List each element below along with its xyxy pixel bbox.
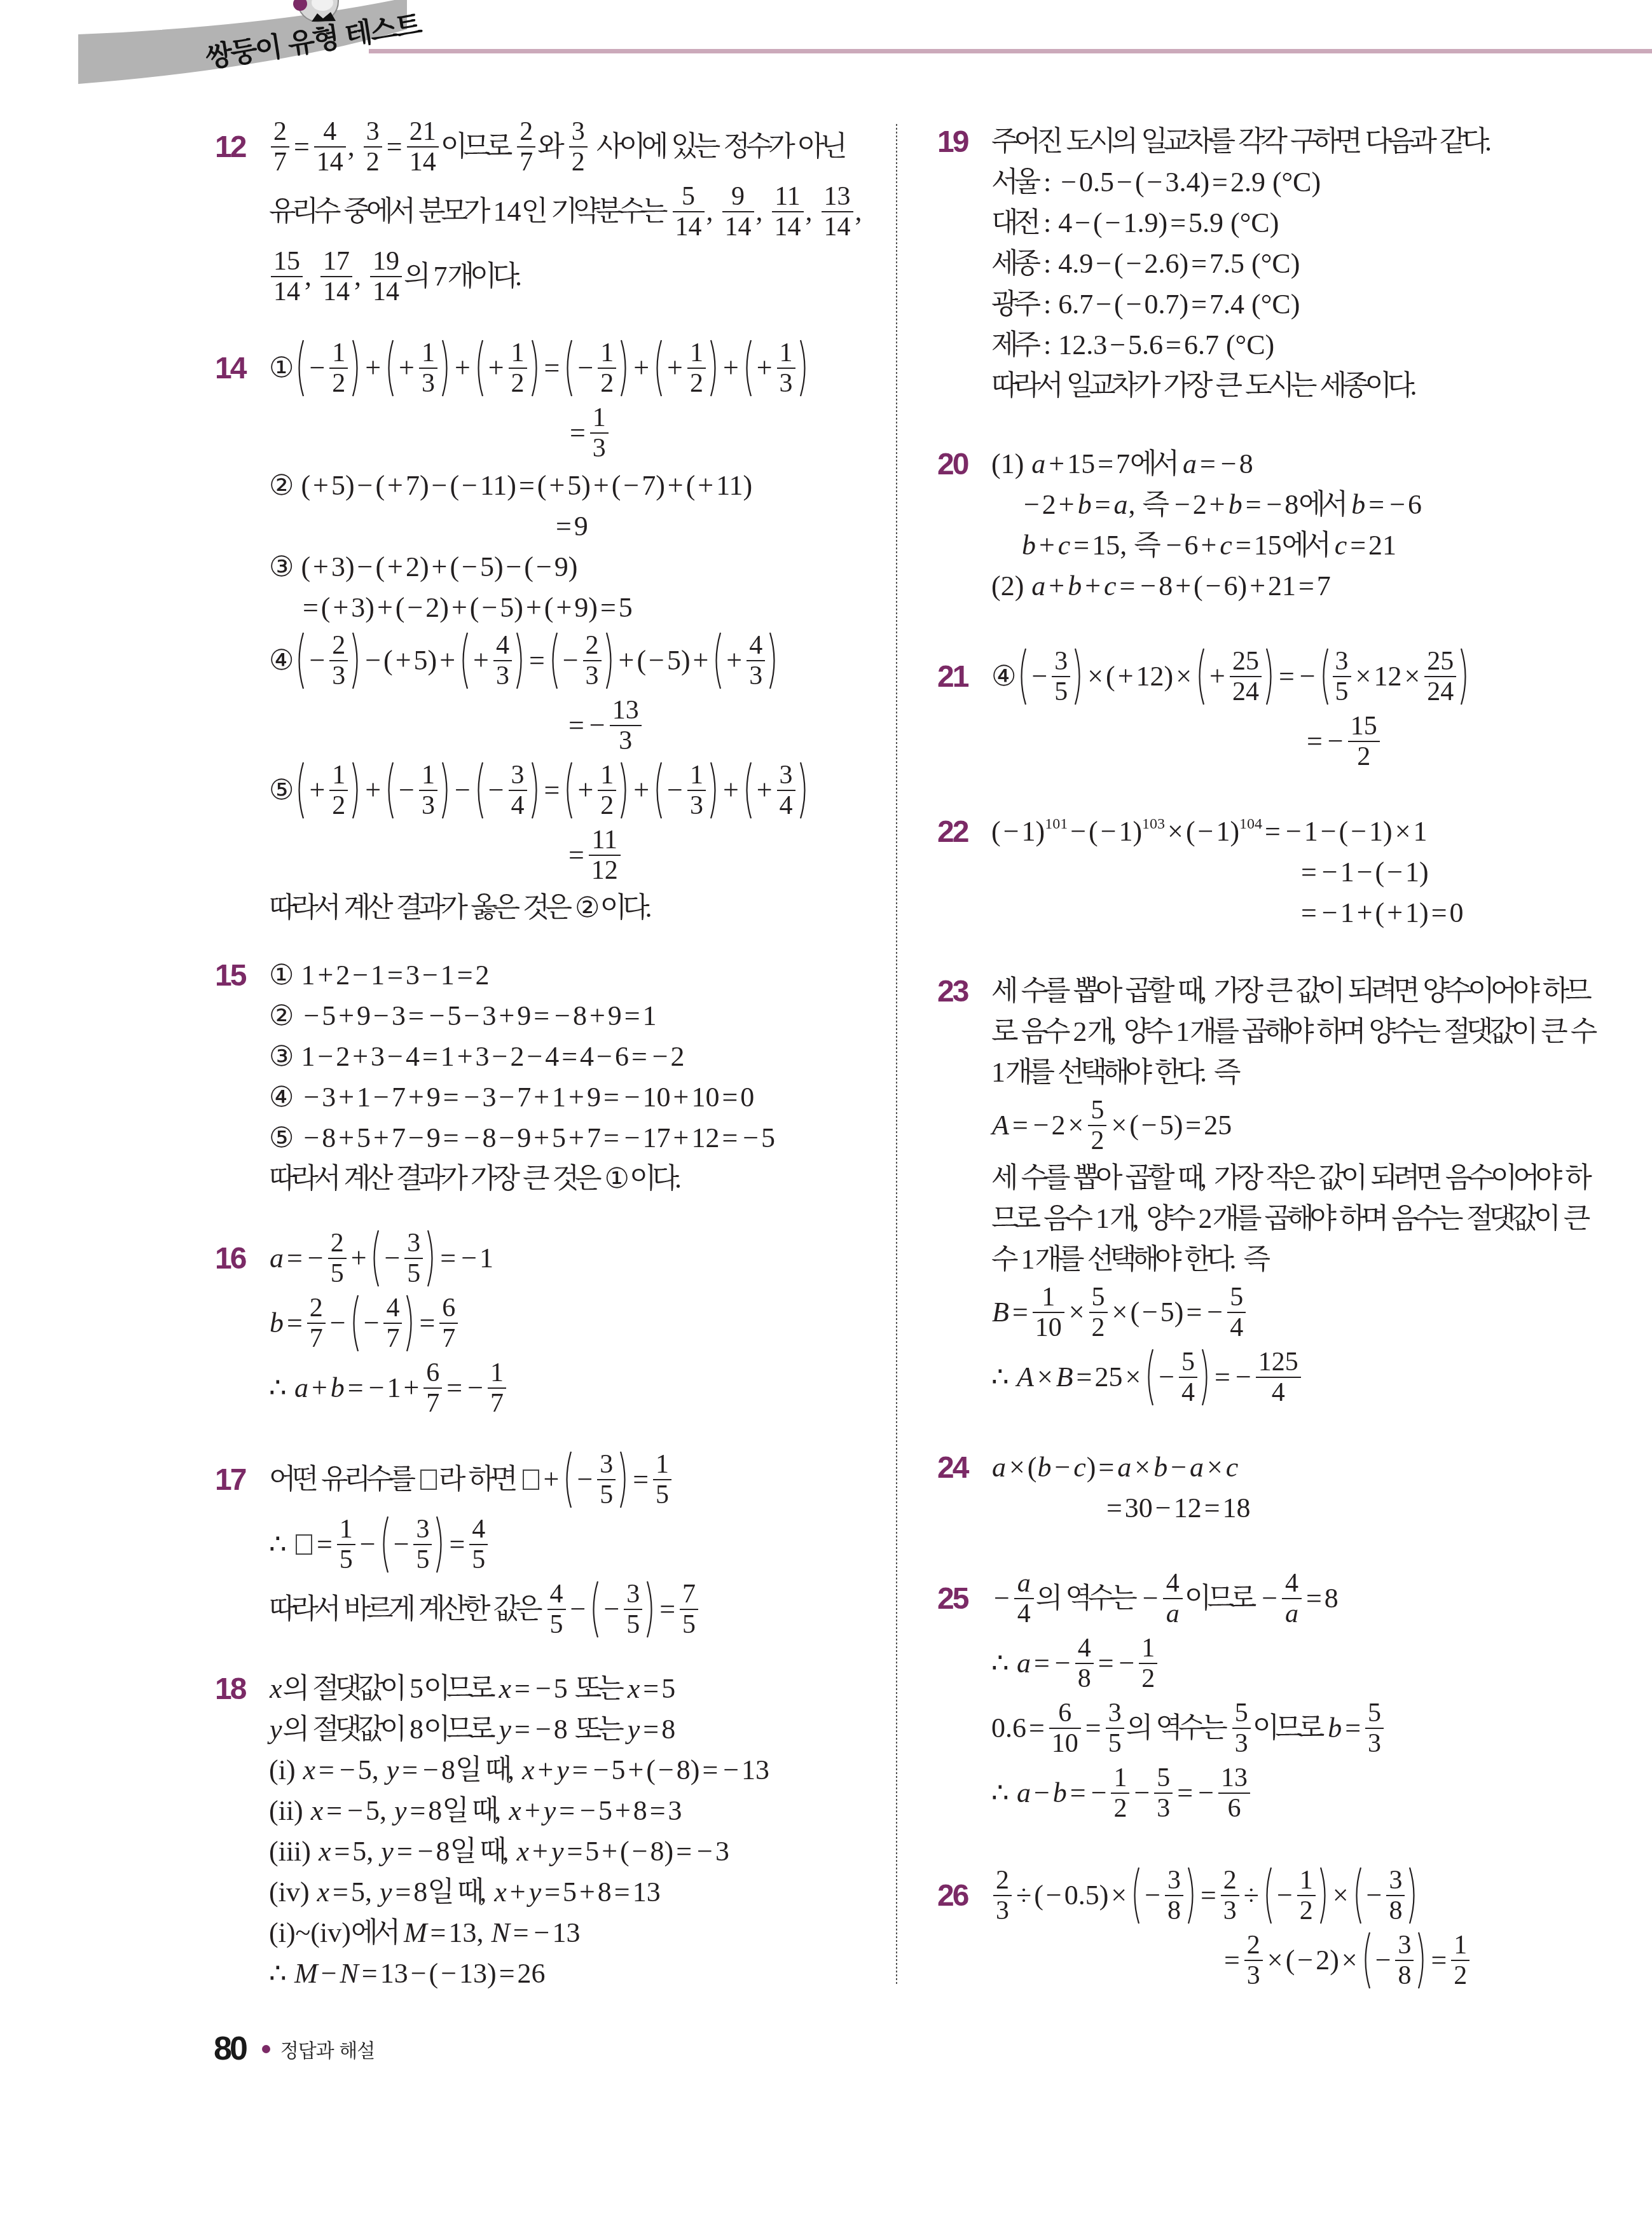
math-text: − (1156, 1363, 1177, 1391)
fraction: 12 (598, 342, 616, 394)
math-text: 세 수를 뽑아 곱할 때, 가장 작은 값이 되려면 음수이어야 하 (991, 1164, 1588, 1192)
math-text: 11 (774, 186, 800, 207)
solution-line: ④−35×(+12)×+2524=−35×12×2524 (991, 644, 1471, 709)
paren-close (350, 761, 362, 820)
math-variable: y (556, 1756, 570, 1784)
fraction-numerator: 3 (1395, 1934, 1414, 1959)
math-text: 1 (1141, 1637, 1155, 1659)
fraction-denominator: 3 (493, 660, 512, 687)
fraction: 12 (1139, 1637, 1157, 1690)
fraction-denominator: 5 (1052, 676, 1070, 703)
math-text: ×(−5)=25 (1108, 1112, 1232, 1139)
math-text: , (706, 198, 720, 226)
math-text: 1 (422, 764, 435, 786)
math-text: 1 (656, 1454, 669, 1475)
math-text: ∴ (269, 1374, 294, 1402)
math-text: 8 (1078, 1668, 1091, 1690)
fraction-denominator: 3 (419, 790, 437, 816)
fraction-denominator: 14 (772, 211, 804, 238)
math-text: 4 (1078, 1637, 1091, 1659)
math-text: − (568, 1595, 589, 1623)
math-variable: B (991, 1298, 1010, 1326)
fraction-denominator: 2 (687, 368, 706, 394)
math-text: 로 음수 2개, 양수 1개를 곱해야 하며 양수는 절댓값이 큰 수 (991, 1018, 1593, 1046)
fraction-numerator: 1 (509, 342, 527, 367)
paren-open (589, 1580, 600, 1639)
paren-open (294, 761, 306, 820)
math-variable: a (1117, 1454, 1132, 1482)
fraction: 1514 (271, 251, 303, 303)
math-text: 3 (332, 665, 345, 687)
math-text: 이므로 − (1185, 1585, 1280, 1613)
math-text: =8 (1304, 1585, 1339, 1613)
fraction-denominator: 2 (364, 146, 382, 173)
fraction-denominator: 5 (328, 1258, 347, 1284)
fraction-denominator: 5 (469, 1544, 488, 1571)
math-text: 3 (619, 730, 632, 752)
fraction-numerator: 25 (1230, 650, 1262, 675)
problem-15: 15① 1+2−1=3−1=2② −5+9−3=−5−3+9=−8+9=1③ 1… (215, 955, 889, 1199)
solution-line: y의 절댓값이 8이므로 y=−8 또는 y=8 (269, 1709, 769, 1750)
math-text: 24 (1232, 681, 1259, 703)
fraction-numerator: 7 (680, 1583, 698, 1608)
answer-page: 쌍둥이 유형 테스트 1227=414, 32=2114이므로 27와 32 사… (0, 0, 1652, 2230)
math-variable: c (1073, 1454, 1087, 1482)
math-variable: b (1052, 1779, 1068, 1807)
math-text: ① (269, 354, 294, 382)
solution-line: 제주 : 12.3−5.6=6.7 (°C) (991, 325, 1492, 366)
fraction-denominator: 8 (1075, 1663, 1094, 1690)
fraction: 914 (722, 186, 754, 238)
solution-line: x의 절댓값이 5이므로 x=−5 또는 x=5 (269, 1669, 769, 1709)
math-text: + (396, 354, 417, 382)
fraction: 32 (364, 121, 382, 173)
math-text: 14 (323, 281, 350, 303)
math-text: =− (284, 1244, 326, 1272)
solution-line: 세종 : 4.9−(−2.6)=7.5 (°C) (991, 244, 1492, 284)
math-text: ×12× (1353, 663, 1423, 691)
math-text: − (601, 1595, 622, 1623)
math-variable: y (499, 1716, 513, 1744)
math-text: 7 (682, 1583, 696, 1605)
math-text: ∴ (991, 1363, 1016, 1391)
math-text: + (1082, 572, 1103, 600)
fraction-denominator: 8 (1165, 1895, 1183, 1922)
math-text: 14 (774, 216, 801, 238)
fraction-denominator: 5 (653, 1479, 671, 1506)
math-variable: A (991, 1112, 1010, 1139)
math-text: 1 (690, 764, 703, 786)
fraction-denominator: 5 (547, 1609, 566, 1635)
math-variable: M (403, 1919, 428, 1947)
math-text: 8 (1167, 1900, 1181, 1922)
solution-line: 서울 : −0.5−(−3.4)=2.9 (°C) (991, 162, 1492, 203)
math-text: 4 (323, 121, 336, 142)
math-text: =−1+ (345, 1374, 422, 1402)
math-text: + (452, 354, 473, 382)
math-text: 5 (1108, 1733, 1122, 1754)
fraction: 35 (1333, 650, 1351, 703)
math-text: 3 (626, 1583, 640, 1605)
math-text: = (566, 841, 587, 869)
fraction: 25 (328, 1232, 347, 1284)
math-text: =−8 또는 (512, 1716, 627, 1744)
fraction-numerator: 3 (1106, 1702, 1124, 1727)
math-text: 6 (426, 1362, 439, 1384)
math-text: 따라서 바르게 계산한 값은 (269, 1595, 546, 1623)
math-text: = (1428, 1946, 1449, 1974)
paren-close (1318, 1866, 1330, 1925)
paren-open (563, 339, 574, 397)
math-text: =13−(−13)=26 (359, 1960, 546, 1988)
solution-line: ① 1+2−1=3−1=2 (269, 955, 775, 996)
fraction-numerator: 3 (597, 1454, 616, 1478)
math-text: +(−5)+ (616, 647, 712, 675)
paren-close (1073, 647, 1084, 706)
solution-line: 주어진 도시의 일교차를 각각 구하면 다음과 같다. (991, 121, 1492, 162)
paren-open (548, 631, 560, 690)
math-variable: A (1016, 1363, 1035, 1391)
solution-line: ∴ a+b=−1+67=−17 (269, 1356, 508, 1421)
math-text: 2 (332, 373, 345, 394)
paren-open (1319, 647, 1330, 706)
math-text: 2 (1300, 1900, 1313, 1922)
fraction-numerator: 125 (1256, 1351, 1301, 1376)
solution-body: a=−25+−35=−1b=27−−47=67∴ a+b=−1+67=−17 (269, 1226, 508, 1421)
fraction: a4 (1014, 1573, 1034, 1625)
math-text: 2 (1141, 1668, 1155, 1690)
fraction-denominator: 3 (419, 368, 437, 394)
fraction: 35 (1052, 650, 1070, 703)
fraction: 13 (590, 407, 609, 459)
math-text: 의 7개이다. (404, 263, 522, 291)
math-variable: c (1225, 1454, 1239, 1482)
math-variable: x (493, 1878, 507, 1906)
math-text: − (357, 1531, 378, 1559)
math-text: 세종 : 4.9−(−2.6)=7.5 (°C) (991, 250, 1300, 278)
math-text: , (855, 198, 862, 226)
solution-body: (−1)101−(−1)103×(−1)104=−1−(−1)×1=−1−(−1… (991, 811, 1463, 933)
math-variable: b (1067, 572, 1082, 600)
math-text: 14 (273, 281, 300, 303)
fraction-denominator: 2 (1348, 741, 1380, 767)
math-text: −(+5)+ (362, 647, 458, 675)
paren-open (742, 339, 754, 397)
fraction-denominator: 7 (488, 1387, 506, 1414)
math-text: 4 (1017, 1603, 1031, 1625)
fraction-denominator: 2 (1297, 1895, 1316, 1922)
math-text: 3 (1368, 1733, 1381, 1754)
problem-number: 25 (937, 1566, 991, 1631)
math-text: 의 역수는 − (1036, 1585, 1161, 1613)
fraction-numerator: 17 (320, 251, 352, 275)
fraction: 35 (597, 1454, 616, 1506)
blank-box (523, 1469, 539, 1490)
math-variable: x (627, 1675, 641, 1703)
math-text: 1 (690, 342, 703, 364)
math-variable: y (379, 1878, 393, 1906)
paren-open (1017, 647, 1028, 706)
fraction: 12 (329, 764, 348, 816)
math-text: = (1222, 1946, 1242, 1974)
problem-number: 21 (937, 644, 991, 709)
fraction-denominator: 2 (1111, 1793, 1129, 1819)
math-text: = (527, 647, 547, 675)
paren-close (350, 631, 362, 690)
paren-open (563, 761, 574, 820)
fraction: 1254 (1256, 1351, 1301, 1403)
math-text: 2 (332, 635, 345, 656)
solution-line: 어떤 유리수를 라 하면 +−35=15 (269, 1447, 700, 1512)
math-text: 4 (1181, 1382, 1195, 1403)
math-text: =8일 때, (392, 1878, 493, 1906)
math-text: =−8 (1197, 450, 1253, 478)
math-text: 5 (1181, 1351, 1195, 1373)
fraction-numerator: 1 (1297, 1869, 1316, 1894)
math-variable: y (627, 1716, 641, 1744)
fraction-numerator: 1 (337, 1518, 355, 1543)
fraction-numerator: 1 (777, 342, 795, 367)
math-text: 17 (323, 251, 350, 272)
math-text: 3 (1389, 1869, 1402, 1891)
math-text: + (724, 647, 745, 675)
fraction: 47 (383, 1297, 402, 1349)
fraction-numerator: 25 (1424, 650, 1456, 675)
math-text: (iii) (269, 1838, 318, 1866)
math-variable: a (1016, 1779, 1031, 1807)
math-text: =− (444, 1374, 486, 1402)
math-text: 의 절댓값이 5이므로 (283, 1675, 499, 1703)
fraction-denominator: 14 (320, 276, 352, 303)
paren-close (530, 339, 541, 397)
fraction-denominator: 14 (271, 276, 303, 303)
math-text: + (1036, 532, 1057, 560)
paren-open (1352, 1866, 1363, 1925)
solution-line: 1514, 1714, 1914의 7개이다. (269, 244, 862, 309)
fraction-denominator: 3 (1154, 1793, 1173, 1819)
math-text: 3 (780, 373, 793, 394)
problem-number: 18 (215, 1669, 269, 1709)
fraction: 53 (1365, 1702, 1384, 1754)
math-text: 7 (426, 1393, 439, 1414)
fraction-numerator: 13 (610, 699, 642, 724)
math-text: ⑤ (269, 776, 294, 804)
fraction-numerator: 19 (370, 251, 402, 275)
fraction-numerator: 1 (329, 342, 348, 367)
paren-close (440, 761, 451, 820)
paren-open (1195, 647, 1206, 706)
math-text: 4 (472, 1518, 485, 1540)
problem-12: 1227=414, 32=2114이므로 27와 32 사이에 있는 정수가 아… (215, 114, 889, 309)
fraction: 17 (488, 1362, 506, 1414)
math-text: − (1131, 1779, 1152, 1807)
fraction-denominator: 2 (1088, 1125, 1106, 1152)
math-text: =−2× (1010, 1112, 1086, 1139)
math-text: 2 (996, 1869, 1009, 1891)
paren-open (458, 631, 470, 690)
fraction-denominator: a (1163, 1598, 1183, 1625)
problem-number: 20 (937, 444, 991, 485)
solution-line: 세 수를 뽑아 곱할 때, 가장 작은 값이 되려면 음수이어야 하 (991, 1158, 1593, 1199)
math-text: 6 (1058, 1702, 1071, 1724)
math-text: =15에서 (1233, 532, 1334, 560)
paren-close (1407, 1866, 1419, 1925)
math-text: =−5, (324, 1797, 394, 1825)
fraction-numerator: 2 (993, 1869, 1012, 1894)
math-text: + (507, 1878, 528, 1906)
paren-close (350, 339, 362, 397)
math-text: = (384, 133, 405, 161)
math-text: =− (1276, 663, 1318, 691)
math-text: 제주 : 12.3−5.6=6.7 (°C) (991, 331, 1274, 359)
solution-line: (−1)101−(−1)103×(−1)104=−1−(−1)×1 (991, 811, 1463, 852)
fraction-denominator: 2 (598, 368, 616, 394)
fraction: 12 (598, 764, 616, 816)
solution-line: A=−2×52×(−5)=25 (991, 1093, 1593, 1158)
math-text: 3 (1398, 1934, 1411, 1956)
math-text: 9 (731, 186, 745, 207)
math-text: 14 (410, 151, 436, 173)
math-text: 1 (780, 342, 793, 364)
math-variable: c (1057, 532, 1071, 560)
solution-body: a×(b−c)=a×b−a×c=30−12=18 (991, 1447, 1250, 1529)
math-variable: M (294, 1960, 319, 1988)
math-text: × (1204, 1454, 1225, 1482)
paren-open (1130, 1866, 1141, 1925)
fraction: 1714 (320, 251, 352, 303)
paren-close (645, 1580, 656, 1639)
exponent: 103 (1142, 816, 1165, 832)
math-text: 3 (593, 437, 606, 459)
math-text: ×(−1) (1165, 818, 1239, 846)
math-text: ④ (269, 647, 294, 675)
fraction: 12 (329, 342, 348, 394)
math-text: 이므로 (1253, 1714, 1328, 1742)
solution-body: 주어진 도시의 일교차를 각각 구하면 다음과 같다.서울 : −0.5−(−3… (991, 121, 1492, 406)
math-text: − (1142, 1882, 1163, 1910)
math-text: 2 (310, 1297, 323, 1319)
fraction: 35 (1106, 1702, 1124, 1754)
math-text: 21 (410, 121, 436, 142)
math-text: ÷(−0.5)× (1014, 1882, 1129, 1910)
paren-close (530, 761, 541, 820)
fraction-numerator: 6 (1049, 1702, 1081, 1727)
math-text: , 즉 −2+ (1128, 491, 1227, 519)
math-text: =− (1212, 1363, 1254, 1391)
math-text: 5 (600, 1484, 613, 1506)
fraction: 12 (1451, 1934, 1470, 1986)
math-text: 5 (1092, 1286, 1105, 1308)
fraction-denominator: 10 (1033, 1312, 1064, 1339)
math-text: + (486, 354, 507, 382)
math-text: 3 (1108, 1702, 1122, 1724)
fraction-denominator: 12 (589, 855, 621, 881)
math-text: =(+3)+(−2)+(−5)+(+9)=5 (300, 594, 633, 622)
math-text: = (1092, 491, 1113, 519)
fraction: 12 (1297, 1869, 1316, 1922)
math-text: 2 (1454, 1965, 1467, 1986)
math-text: 7 (310, 1328, 323, 1349)
math-text: ∴ (991, 1779, 1016, 1807)
fraction-denominator: 2 (598, 790, 616, 816)
paren-open (712, 631, 723, 690)
math-text: 3 (690, 795, 703, 816)
math-text: =−1 (437, 1244, 493, 1272)
fraction: 514 (673, 186, 705, 238)
fraction: 48 (1075, 1637, 1094, 1690)
math-text: −(−1) (1068, 818, 1142, 846)
fraction-denominator: 3 (777, 368, 795, 394)
math-text: =25× (1074, 1363, 1144, 1391)
solution-line: ⑤+12+−13−−34=+12+−13++34 (269, 758, 810, 823)
math-text: =−1−(−1) (1298, 858, 1429, 886)
fraction: 53 (1232, 1702, 1251, 1754)
math-text: 13 (824, 186, 851, 207)
fraction-numerator: 15 (1348, 715, 1380, 740)
solution-line: 0.6=610=35의 역수는 53이므로 b=53 (991, 1696, 1386, 1761)
paren-open (1144, 1348, 1155, 1407)
math-text: ④ (991, 663, 1016, 691)
fraction: 67 (439, 1297, 458, 1349)
math-text: 3 (572, 121, 585, 142)
math-variable: N (339, 1960, 359, 1988)
fraction: 23 (1244, 1934, 1263, 1986)
math-variable: x (310, 1797, 324, 1825)
paren-close (604, 631, 616, 690)
fraction-numerator: 1 (1033, 1286, 1064, 1311)
math-text: − (575, 354, 596, 382)
problem-24: 24a×(b−c)=a×b−a×c=30−12=18 (937, 1447, 1643, 1529)
math-text: 5 (1157, 1767, 1170, 1789)
fraction-numerator: 2 (1221, 1869, 1239, 1894)
fraction-numerator: 13 (1218, 1767, 1250, 1792)
solution-line: (1) a+15=7에서 a=−8 (991, 444, 1422, 485)
math-text: + (575, 776, 596, 804)
fraction-numerator: 5 (1365, 1702, 1384, 1727)
paren-close (619, 761, 630, 820)
math-text: + (720, 354, 741, 382)
fraction: 4a (1282, 1573, 1302, 1625)
fraction: 13 (777, 342, 795, 394)
math-text: , (305, 263, 319, 291)
paren-open (294, 339, 306, 397)
math-text: 4 (1285, 1573, 1298, 1594)
fraction: 32 (569, 121, 588, 173)
solution-line: 따라서 일교차가 가장 큰 도시는 세종이다. (991, 366, 1492, 406)
math-variable: c (1103, 572, 1117, 600)
math-text: 1 (511, 342, 525, 364)
math-text: 5 (626, 1614, 640, 1635)
math-text: 2 (520, 121, 533, 142)
fraction-denominator: 3 (1365, 1728, 1384, 1754)
math-text: =−5, (316, 1756, 386, 1784)
fraction-numerator: 1 (687, 764, 706, 789)
problem-26: 2623÷(−0.5)×−38=23÷−12×−38=23×(−2)×−38=1… (937, 1863, 1643, 1993)
fraction-denominator: 4 (1256, 1377, 1301, 1403)
math-text: 4 (496, 635, 509, 656)
paren-close (514, 631, 526, 690)
page-number: 80 (214, 2032, 245, 2065)
solution-body: (1) a+15=7에서 a=−8−2+b=a, 즉 −2+b=−8에서 b=−… (991, 444, 1422, 607)
math-text: 2 (273, 121, 287, 142)
math-text: 24 (1427, 681, 1454, 703)
math-text: 서울 : −0.5−(−3.4)=2.9 (°C) (991, 169, 1321, 196)
math-text: 3 (780, 764, 793, 786)
math-text: 8 (1389, 1900, 1402, 1922)
solution-line: (iii) x=5, y=−8일 때, x+y=5+(−8)=−3 (269, 1831, 769, 1872)
fraction: 34 (777, 764, 795, 816)
math-text: 1 (332, 764, 345, 786)
